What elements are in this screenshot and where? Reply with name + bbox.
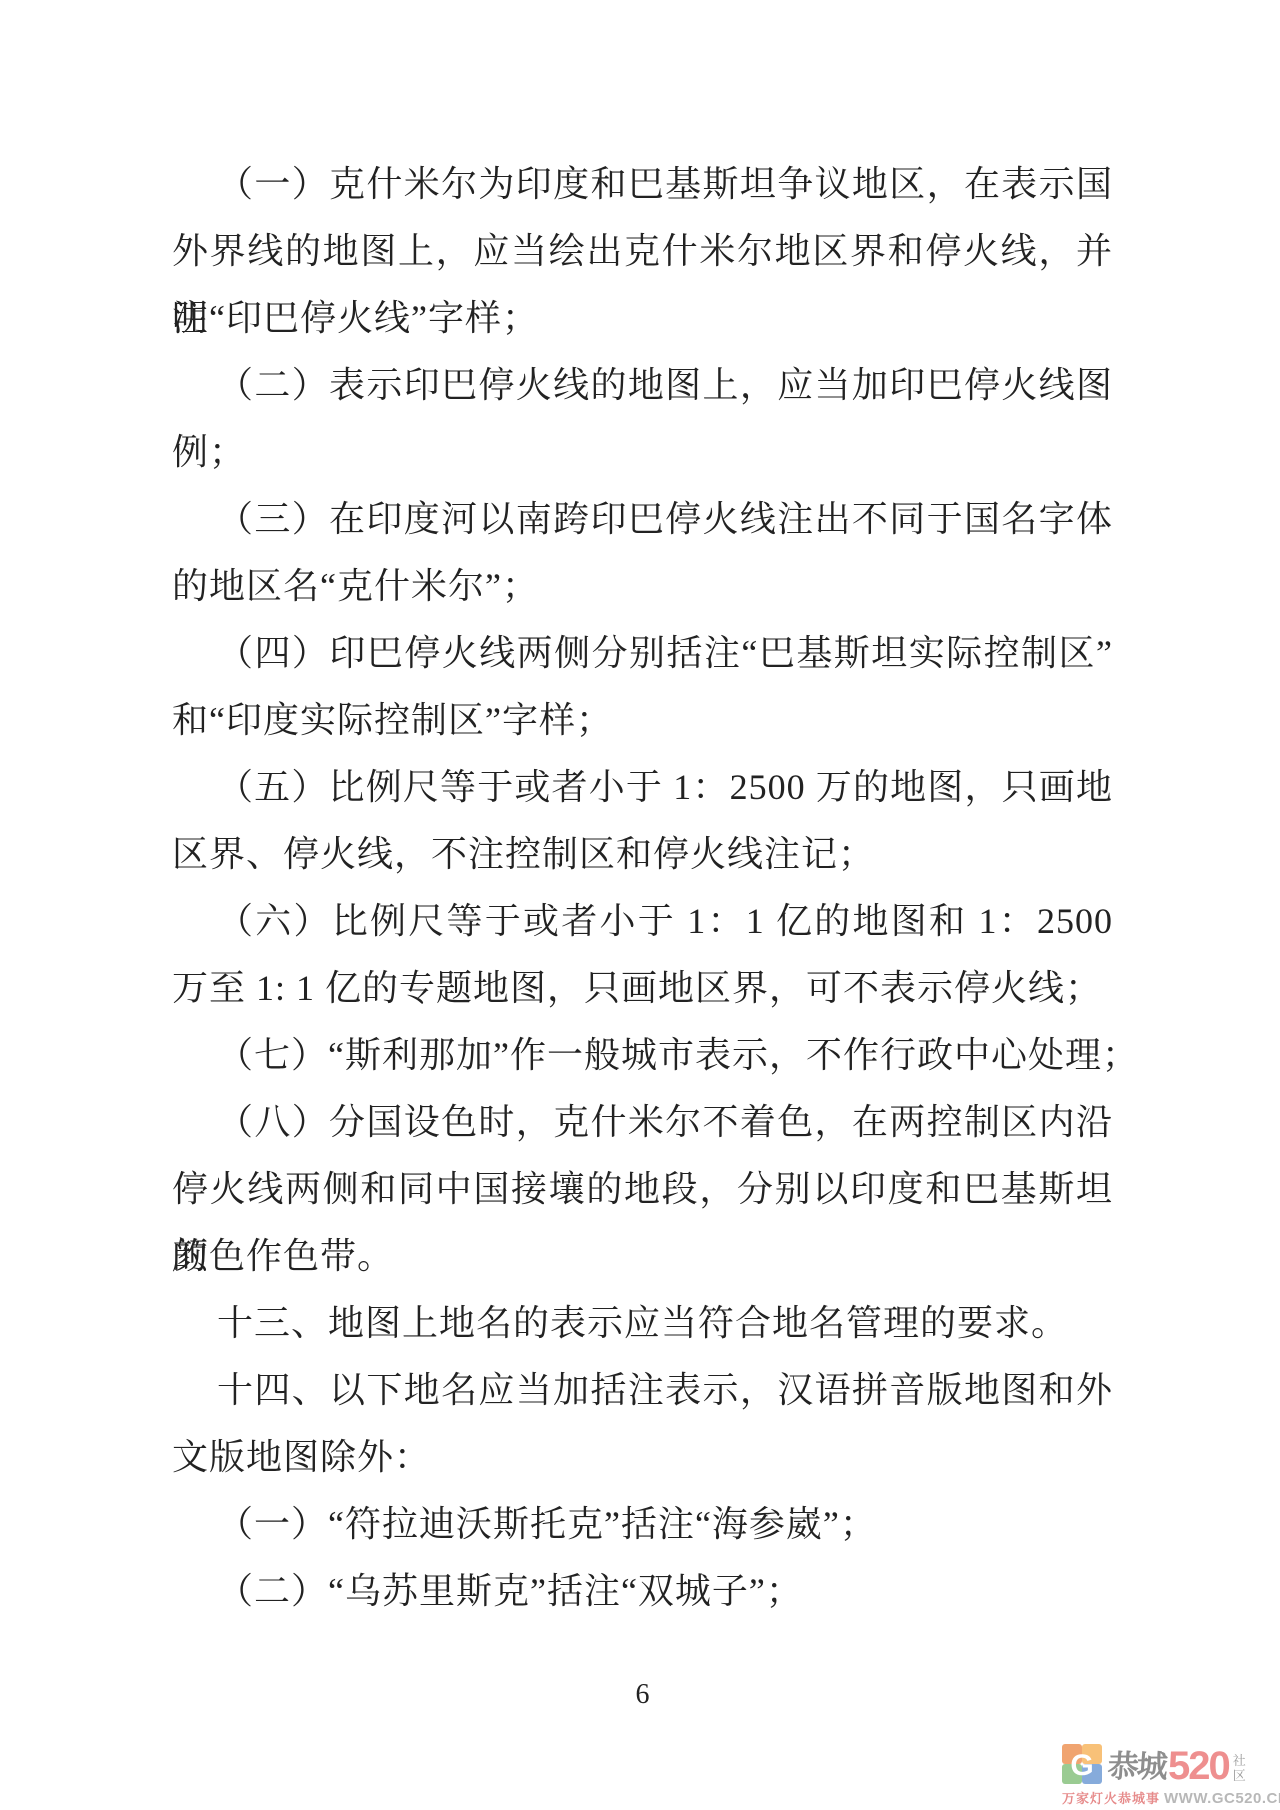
watermark-tagline: 万家灯火恭城事 (1062, 1788, 1160, 1807)
watermark-brand-row: G 恭城 520 社 区 (1062, 1742, 1278, 1786)
document-line: 停火线两侧和同中国接壤的地段，分别以印度和巴基斯坦的 (172, 1156, 1113, 1223)
watermark-community-bottom: 区 (1233, 1768, 1246, 1783)
document-line: （六）比例尺等于或者小于 1：1 亿的地图和 1：2500 (172, 888, 1113, 955)
watermark-brand-name: 恭城 (1106, 1741, 1167, 1786)
document-line: （四）印巴停火线两侧分别括注“巴基斯坦实际控制区” (172, 620, 1113, 687)
document-line: （三）在印度河以南跨印巴停火线注出不同于国名字体 (172, 486, 1113, 553)
document-page: （一）克什米尔为印度和巴基斯坦争议地区，在表示国 外界线的地图上，应当绘出克什米… (0, 0, 1280, 1810)
gc520-logo-icon: G (1062, 1744, 1102, 1784)
document-line: （八）分国设色时，克什米尔不着色，在两控制区内沿 (172, 1089, 1113, 1156)
document-line: 区界、停火线，不注控制区和停火线注记； (172, 821, 1113, 888)
watermark-site-url: WWW.GC520.CN (1164, 1790, 1280, 1807)
document-line: 十四、以下地名应当加括注表示，汉语拼音版地图和外 (172, 1357, 1113, 1424)
watermark-community-top: 社 (1233, 1753, 1246, 1768)
watermark-tagline-row: 万家灯火恭城事 WWW.GC520.CN (1062, 1788, 1278, 1807)
document-line: 外界线的地图上，应当绘出克什米尔地区界和停火线，并注 (172, 218, 1113, 285)
document-line: 颜色作色带。 (172, 1223, 1113, 1290)
document-line: （二）表示印巴停火线的地图上，应当加印巴停火线图 (172, 352, 1113, 419)
document-line: 例； (172, 419, 1113, 486)
document-line: （一）“符拉迪沃斯托克”括注“海参崴”； (172, 1491, 1113, 1558)
document-line: 十三、地图上地名的表示应当符合地名管理的要求。 (172, 1290, 1113, 1357)
gc520-watermark: G 恭城 520 社 区 万家灯火恭城事 WWW.GC520.CN (1062, 1742, 1278, 1807)
document-line: 万至 1: 1 亿的专题地图，只画地区界，可不表示停火线； (172, 955, 1113, 1022)
document-line: （七）“斯利那加”作一般城市表示，不作行政中心处理； (172, 1022, 1113, 1089)
watermark-brand-number: 520 (1168, 1746, 1229, 1786)
document-line: 和“印度实际控制区”字样； (172, 687, 1113, 754)
document-line: 的地区名“克什米尔”； (172, 553, 1113, 620)
document-line: 明“印巴停火线”字样； (172, 285, 1113, 352)
document-line: 文版地图除外： (172, 1424, 1113, 1491)
document-body: （一）克什米尔为印度和巴基斯坦争议地区，在表示国 外界线的地图上，应当绘出克什米… (172, 151, 1113, 1625)
document-line: （五）比例尺等于或者小于 1：2500 万的地图，只画地 (172, 754, 1113, 821)
document-line: （二）“乌苏里斯克”括注“双城子”； (172, 1558, 1113, 1625)
logo-letter: G (1070, 1749, 1093, 1782)
watermark-community-label: 社 区 (1233, 1753, 1246, 1783)
page-number: 6 (172, 1678, 1113, 1712)
document-line: （一）克什米尔为印度和巴基斯坦争议地区，在表示国 (172, 151, 1113, 218)
